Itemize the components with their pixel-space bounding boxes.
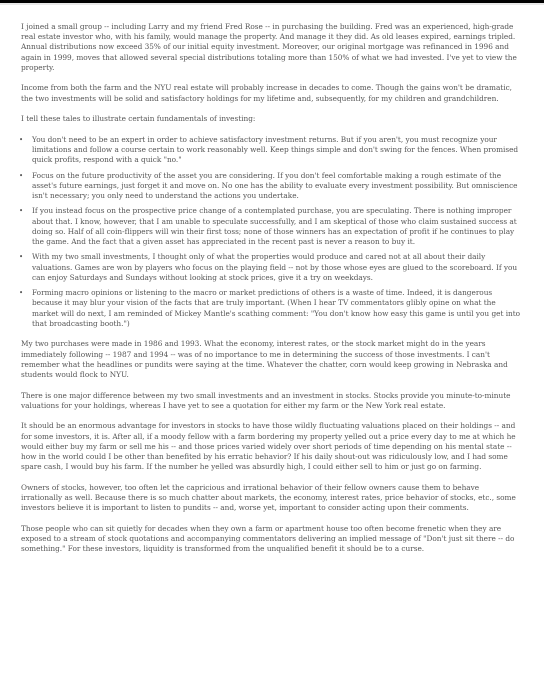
top-edge-shadow bbox=[0, 3, 544, 5]
list-item-text: If you instead focus on the prospective … bbox=[32, 206, 517, 246]
list-item: • With my two small investments, I thoug… bbox=[21, 252, 521, 283]
list-item-text: Forming macro opinions or listening to t… bbox=[32, 288, 520, 328]
list-item: • Forming macro opinions or listening to… bbox=[21, 288, 521, 329]
fundamentals-list: • You don't need to be an expert in orde… bbox=[21, 135, 521, 329]
paragraph-income-outlook: Income from both the farm and the NYU re… bbox=[21, 83, 521, 103]
bullet-icon: • bbox=[19, 288, 23, 298]
paragraph-moody-neighbor: It should be an enormous advantage for i… bbox=[21, 421, 521, 472]
list-item: • If you instead focus on the prospectiv… bbox=[21, 206, 521, 247]
bullet-icon: • bbox=[19, 135, 23, 145]
list-item-text: You don't need to be an expert in order … bbox=[32, 135, 518, 164]
list-item-text: With my two small investments, I thought… bbox=[32, 252, 517, 281]
paragraph-liquidity-curse: Those people who can sit quietly for dec… bbox=[21, 524, 521, 555]
paragraph-major-difference: There is one major difference between my… bbox=[21, 391, 521, 411]
paragraph-irrational-owners: Owners of stocks, however, too often let… bbox=[21, 483, 521, 514]
bullet-icon: • bbox=[19, 252, 23, 262]
paragraph-purchase-years: My two purchases were made in 1986 and 1… bbox=[21, 339, 521, 380]
list-item: • You don't need to be an expert in orde… bbox=[21, 135, 521, 166]
paragraph-fundamentals-intro: I tell these tales to illustrate certain… bbox=[21, 114, 521, 124]
document-body: I joined a small group -- including Larr… bbox=[21, 22, 521, 565]
list-item-text: Focus on the future productivity of the … bbox=[32, 171, 518, 200]
paragraph-building-purchase: I joined a small group -- including Larr… bbox=[21, 22, 521, 73]
bullet-icon: • bbox=[19, 171, 23, 181]
bullet-icon: • bbox=[19, 206, 23, 216]
list-item: • Focus on the future productivity of th… bbox=[21, 171, 521, 202]
